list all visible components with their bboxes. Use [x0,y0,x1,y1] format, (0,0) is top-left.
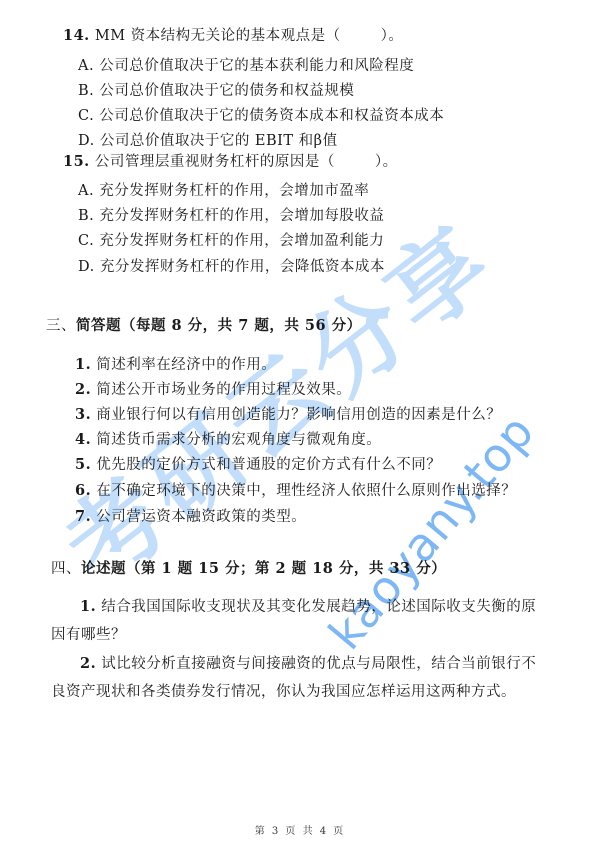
question-14-option-a: A. 公司总价值取决于它的基本获利能力和风险程度 [78,57,414,75]
question-15-option-c: C. 充分发挥财务杠杆的作用，会增加盈利能力 [78,232,384,250]
question-text-end: ）。 [381,28,404,44]
option-letter: C. [78,233,94,249]
option-text: 公司总价值取决于它的 EBIT 和β值 [100,133,338,149]
short-answer-2: 2. 简述公开市场业务的作用过程及效果。 [75,381,351,399]
item-text-continued: 因有哪些？ [51,627,126,643]
section-title: 论述题（第 1 题 15 分；第 2 题 18 分，共 33 分） [81,560,446,577]
section-prefix: 四、 [51,561,81,577]
question-15-option-a: A. 充分发挥财务杠杆的作用，会增加市盈率 [78,182,369,200]
item-number: 1. [75,356,91,373]
question-text: 公司管理层重视财务杠杆的原因是（ [95,154,335,170]
item-number: 2. [75,381,91,398]
option-letter: A. [78,183,94,199]
item-text: 简述利率在经济中的作用。 [96,357,276,373]
option-text: 公司总价值取决于它的基本获利能力和风险程度 [99,58,414,74]
option-letter: A. [78,58,94,74]
question-number: 15. [63,153,90,170]
question-15-stem: 15. 公司管理层重视财务杠杆的原因是（）。 [63,153,398,171]
essay-1-line-1: 1. 结合我国国际收支现状及其变化发展趋势，论述国际收支失衡的原 [80,598,536,616]
item-text: 简述货币需求分析的宏观角度与微观角度。 [96,432,381,448]
item-number: 5. [75,456,91,473]
option-letter: B. [78,208,94,224]
section-prefix: 三、 [46,318,76,334]
option-letter: D. [78,133,95,149]
option-text: 充分发挥财务杠杆的作用，会增加每股收益 [99,208,384,224]
exam-page: 考研云分享 kaoyany.top 14. MM 资本结构无关论的基本观点是（）… [0,0,600,865]
page-footer: 第 3 页 共 4 页 [0,822,600,837]
item-text: 结合我国国际收支现状及其变化发展趋势，论述国际收支失衡的原 [101,599,536,615]
item-text: 优先股的定价方式和普通股的定价方式有什么不同？ [96,457,441,473]
essay-2-line-2: 良资产现状和各类债券发行情况，你认为我国应怎样运用这两种方式。 [51,683,516,701]
item-number: 1. [80,598,96,615]
question-14-option-c: C. 公司总价值取决于它的债务资本成本和权益资本成本 [78,107,444,125]
option-text: 公司总价值取决于它的债务资本成本和权益资本成本 [99,108,444,124]
short-answer-6: 6. 在不确定环境下的决策中，理性经济人依照什么原则作出选择？ [75,482,516,500]
item-text: 在不确定环境下的决策中，理性经济人依照什么原则作出选择？ [96,483,516,499]
short-answer-4: 4. 简述货币需求分析的宏观角度与微观角度。 [75,431,381,449]
question-15-option-b: B. 充分发挥财务杠杆的作用，会增加每股收益 [78,207,384,225]
option-letter: C. [78,108,94,124]
item-number: 7. [75,508,91,525]
option-text: 充分发挥财务杠杆的作用，会增加盈利能力 [99,233,384,249]
question-14-option-b: B. 公司总价值取决于它的债务和权益规模 [78,82,354,100]
short-answer-7: 7. 公司营运资本融资政策的类型。 [75,508,306,526]
option-text: 充分发挥财务杠杆的作用，会降低资本成本 [100,259,385,275]
item-text: 公司营运资本融资政策的类型。 [96,509,306,525]
item-text: 试比较分析直接融资与间接融资的优点与局限性，结合当前银行不 [101,656,536,672]
option-letter: D. [78,259,95,275]
section-title: 简答题（每题 8 分，共 7 题，共 56 分） [76,317,362,334]
option-text: 公司总价值取决于它的债务和权益规模 [99,83,354,99]
question-14-stem: 14. MM 资本结构无关论的基本观点是（）。 [63,27,403,45]
short-answer-3: 3. 商业银行何以有信用创造能力？影响信用创造的因素是什么？ [75,406,501,424]
item-number: 6. [75,482,91,499]
essay-2-line-1: 2. 试比较分析直接融资与间接融资的优点与局限性，结合当前银行不 [80,655,536,673]
short-answer-5: 5. 优先股的定价方式和普通股的定价方式有什么不同？ [75,456,441,474]
item-text: 简述公开市场业务的作用过程及效果。 [96,382,351,398]
option-text: 充分发挥财务杠杆的作用，会增加市盈率 [99,183,369,199]
essay-1-line-2: 因有哪些？ [51,626,126,644]
section-3-heading: 三、简答题（每题 8 分，共 7 题，共 56 分） [46,317,362,335]
section-4-heading: 四、论述题（第 1 题 15 分；第 2 题 18 分，共 33 分） [51,560,446,578]
question-14-option-d: D. 公司总价值取决于它的 EBIT 和β值 [78,132,338,150]
item-text: 商业银行何以有信用创造能力？影响信用创造的因素是什么？ [96,407,501,423]
question-text: MM 资本结构无关论的基本观点是（ [95,28,341,44]
question-15-option-d: D. 充分发挥财务杠杆的作用，会降低资本成本 [78,258,385,276]
short-answer-1: 1. 简述利率在经济中的作用。 [75,356,276,374]
question-number: 14. [63,27,90,44]
item-number: 2. [80,655,96,672]
question-text-end: ）。 [375,154,398,170]
item-number: 3. [75,406,91,423]
option-letter: B. [78,83,94,99]
item-number: 4. [75,431,91,448]
item-text-continued: 良资产现状和各类债券发行情况，你认为我国应怎样运用这两种方式。 [51,684,516,700]
